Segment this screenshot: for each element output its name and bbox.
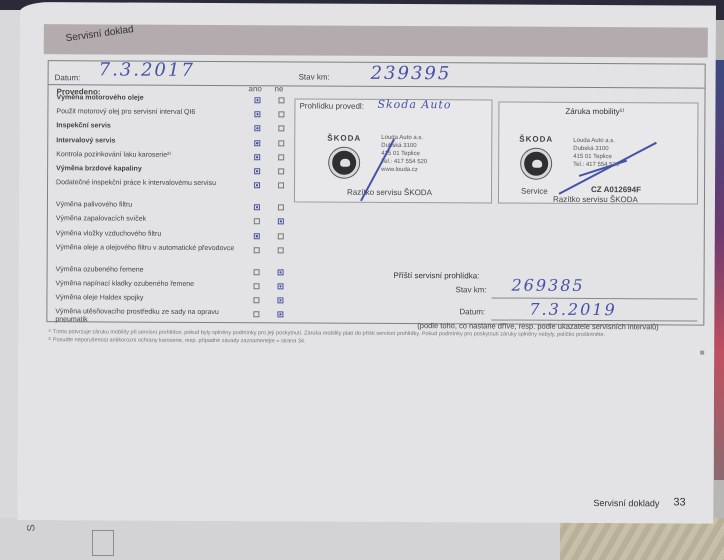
checkbox-yes[interactable] bbox=[254, 219, 260, 225]
service-item-label: Výměna oleje a olejového filtru v automa… bbox=[56, 244, 236, 253]
checkbox-no[interactable] bbox=[278, 126, 284, 132]
skoda-logo-icon bbox=[521, 149, 551, 179]
page-marker bbox=[700, 351, 704, 355]
checkbox-yes[interactable] bbox=[254, 140, 260, 146]
service-item-label: Kontrola pozinkování laku karoserie²⁾ bbox=[56, 151, 236, 160]
date-value[interactable]: 7.3.2017 bbox=[99, 59, 195, 81]
column-yes: ano bbox=[249, 84, 262, 93]
service-item-row: Inspekční servis bbox=[56, 122, 296, 137]
section-title: Servisní doklad bbox=[65, 24, 134, 44]
service-item-label: Inspekční servis bbox=[56, 123, 236, 132]
service-item-row: Výměna oleje a olejového filtru v automa… bbox=[56, 243, 296, 266]
next-service-title: Příští servisní prohlídka: bbox=[394, 271, 480, 280]
address-line: Louda Auto a.s. bbox=[381, 134, 427, 142]
checkbox-no[interactable] bbox=[278, 204, 284, 210]
service-item-label: Intervalový servis bbox=[56, 137, 236, 146]
service-item-label: Výměna napínací kladky ozubeného řemene bbox=[56, 280, 236, 289]
service-item-row: Výměna ozubeného řemene bbox=[56, 265, 296, 280]
service-item-row: Dodatečné inspekční práce k intervalovém… bbox=[56, 178, 296, 201]
left-page-mark: S bbox=[26, 524, 38, 531]
service-item-label: Výměna motorového oleje bbox=[56, 94, 236, 103]
service-item-row: Výměna palivového filtru bbox=[56, 200, 296, 215]
page-number: 33 bbox=[673, 496, 685, 508]
service-item-row: Výměna motorového oleje bbox=[56, 93, 296, 108]
date-label: Datum: bbox=[55, 73, 81, 82]
checkbox-yes[interactable] bbox=[254, 247, 260, 253]
checkbox-yes[interactable] bbox=[254, 233, 260, 239]
service-item-row: Intervalový servis bbox=[56, 136, 296, 151]
service-item-row: Výměna zapalovacích svíček bbox=[56, 215, 296, 230]
address-line: Tel.: 417 554 520 bbox=[381, 158, 427, 166]
checkbox-no[interactable] bbox=[277, 312, 283, 318]
checkbox-yes[interactable] bbox=[254, 126, 260, 132]
checkbox-yes[interactable] bbox=[253, 283, 259, 289]
checkbox-no[interactable] bbox=[278, 219, 284, 225]
service-item-label: Výměna zapalovacích svíček bbox=[56, 216, 236, 225]
skoda-wordmark: ŠKODA bbox=[519, 135, 553, 144]
mobility-title: Záruka mobility¹⁾ bbox=[565, 107, 624, 116]
checkbox-yes[interactable] bbox=[253, 311, 259, 317]
checkbox-no[interactable] bbox=[278, 168, 284, 174]
service-item-label: Výměna utěsňovacího prostředku ze sady n… bbox=[55, 308, 235, 325]
checkbox-no[interactable] bbox=[278, 140, 284, 146]
stamp-caption: Razítko servisu ŠKODA bbox=[553, 195, 638, 204]
service-item-row: Použit motorový olej pro servisní interv… bbox=[56, 107, 296, 122]
right-background-object bbox=[714, 60, 724, 480]
stamp-code: CZ A012694F bbox=[591, 185, 641, 194]
performed-by-label: Prohlídku provedl: bbox=[299, 101, 364, 110]
service-item-label: Dodatečné inspekční práce k intervalovém… bbox=[56, 179, 236, 188]
checkbox-yes[interactable] bbox=[254, 111, 260, 117]
service-item-label: Výměna vložky vzduchového filtru bbox=[56, 230, 236, 239]
stamp-caption: Razítko servisu ŠKODA bbox=[347, 188, 432, 197]
skoda-wordmark: ŠKODA bbox=[327, 134, 361, 143]
service-item-label: Výměna ozubeného řemene bbox=[56, 266, 236, 275]
booklet-page: Servisní doklad Datum: 7.3.2017 Stav km:… bbox=[17, 2, 716, 524]
service-item-row: Výměna brzdové kapaliny bbox=[56, 164, 296, 179]
next-date-value[interactable]: 7.3.2019 bbox=[529, 300, 616, 319]
lower-paper: S bbox=[0, 518, 560, 560]
checkbox-no[interactable] bbox=[278, 269, 284, 275]
checkbox-no[interactable] bbox=[278, 182, 284, 188]
address-line: Dubská 3100 bbox=[573, 145, 619, 153]
address-line: 415 01 Teplice bbox=[573, 153, 619, 161]
checkbox-yes[interactable] bbox=[253, 297, 259, 303]
performed-by-value[interactable]: Skoda Auto bbox=[377, 98, 451, 111]
next-km-label: Stav km: bbox=[455, 285, 486, 294]
column-no: ne bbox=[275, 84, 284, 93]
checkbox-no[interactable] bbox=[278, 97, 284, 103]
service-item-row: Výměna napínací kladky ozubeného řemene bbox=[55, 279, 295, 294]
section-header: Servisní doklad bbox=[44, 24, 708, 57]
service-label: Service bbox=[521, 187, 548, 196]
service-item-label: Výměna brzdové kapaliny bbox=[56, 165, 236, 174]
wooden-table bbox=[560, 518, 724, 560]
skoda-logo-icon bbox=[329, 148, 359, 178]
checkbox-no[interactable] bbox=[278, 112, 284, 118]
address-line: www.louda.cz bbox=[381, 166, 427, 174]
next-date-label: Datum: bbox=[459, 307, 485, 316]
service-item-label: Výměna oleje Haldex spojky bbox=[55, 294, 235, 303]
service-record-form: Datum: 7.3.2017 Stav km: 239395 Proveden… bbox=[46, 60, 705, 325]
date-km-row: Datum: 7.3.2017 Stav km: 239395 bbox=[49, 61, 705, 88]
mobility-guarantee-box: Záruka mobility¹⁾ ŠKODA Louda Auto a.s.D… bbox=[498, 102, 699, 205]
next-km-value[interactable]: 269385 bbox=[511, 276, 584, 295]
service-item-row: Výměna utěsňovacího prostředku ze sady n… bbox=[55, 307, 295, 330]
service-item-list: Výměna motorového olejePoužit motorový o… bbox=[55, 93, 296, 331]
checkbox-no[interactable] bbox=[278, 247, 284, 253]
checkbox-yes[interactable] bbox=[254, 97, 260, 103]
service-item-row: Kontrola pozinkování laku karoserie²⁾ bbox=[56, 150, 296, 165]
service-item-row: Výměna oleje Haldex spojky bbox=[55, 293, 295, 308]
checkbox-no[interactable] bbox=[277, 283, 283, 289]
pencil-sketch bbox=[92, 530, 114, 556]
checkbox-yes[interactable] bbox=[254, 168, 260, 174]
checkbox-yes[interactable] bbox=[254, 269, 260, 275]
service-item-label: Výměna palivového filtru bbox=[56, 201, 236, 210]
page-footer-title: Servisní doklady bbox=[593, 498, 659, 508]
km-label: Stav km: bbox=[299, 72, 330, 81]
checkbox-yes[interactable] bbox=[254, 154, 260, 160]
service-item-label: Použit motorový olej pro servisní interv… bbox=[56, 108, 236, 117]
checkbox-no[interactable] bbox=[278, 154, 284, 160]
km-value[interactable]: 239395 bbox=[371, 63, 452, 84]
footnotes: ¹⁾ Tímto potvrzuje záruku mobility při s… bbox=[48, 328, 698, 347]
checkbox-no[interactable] bbox=[278, 233, 284, 239]
checkbox-yes[interactable] bbox=[254, 182, 260, 188]
dealer-address: Louda Auto a.s.Dubská 3100415 01 Teplice… bbox=[381, 134, 427, 174]
checkbox-yes[interactable] bbox=[254, 204, 260, 210]
checkbox-no[interactable] bbox=[277, 297, 283, 303]
inspection-stamp-box: Prohlídku provedl: Skoda Auto ŠKODA Loud… bbox=[294, 98, 493, 203]
address-line: Louda Auto a.s. bbox=[573, 137, 619, 145]
service-item-row: Výměna vložky vzduchového filtru bbox=[56, 229, 296, 244]
